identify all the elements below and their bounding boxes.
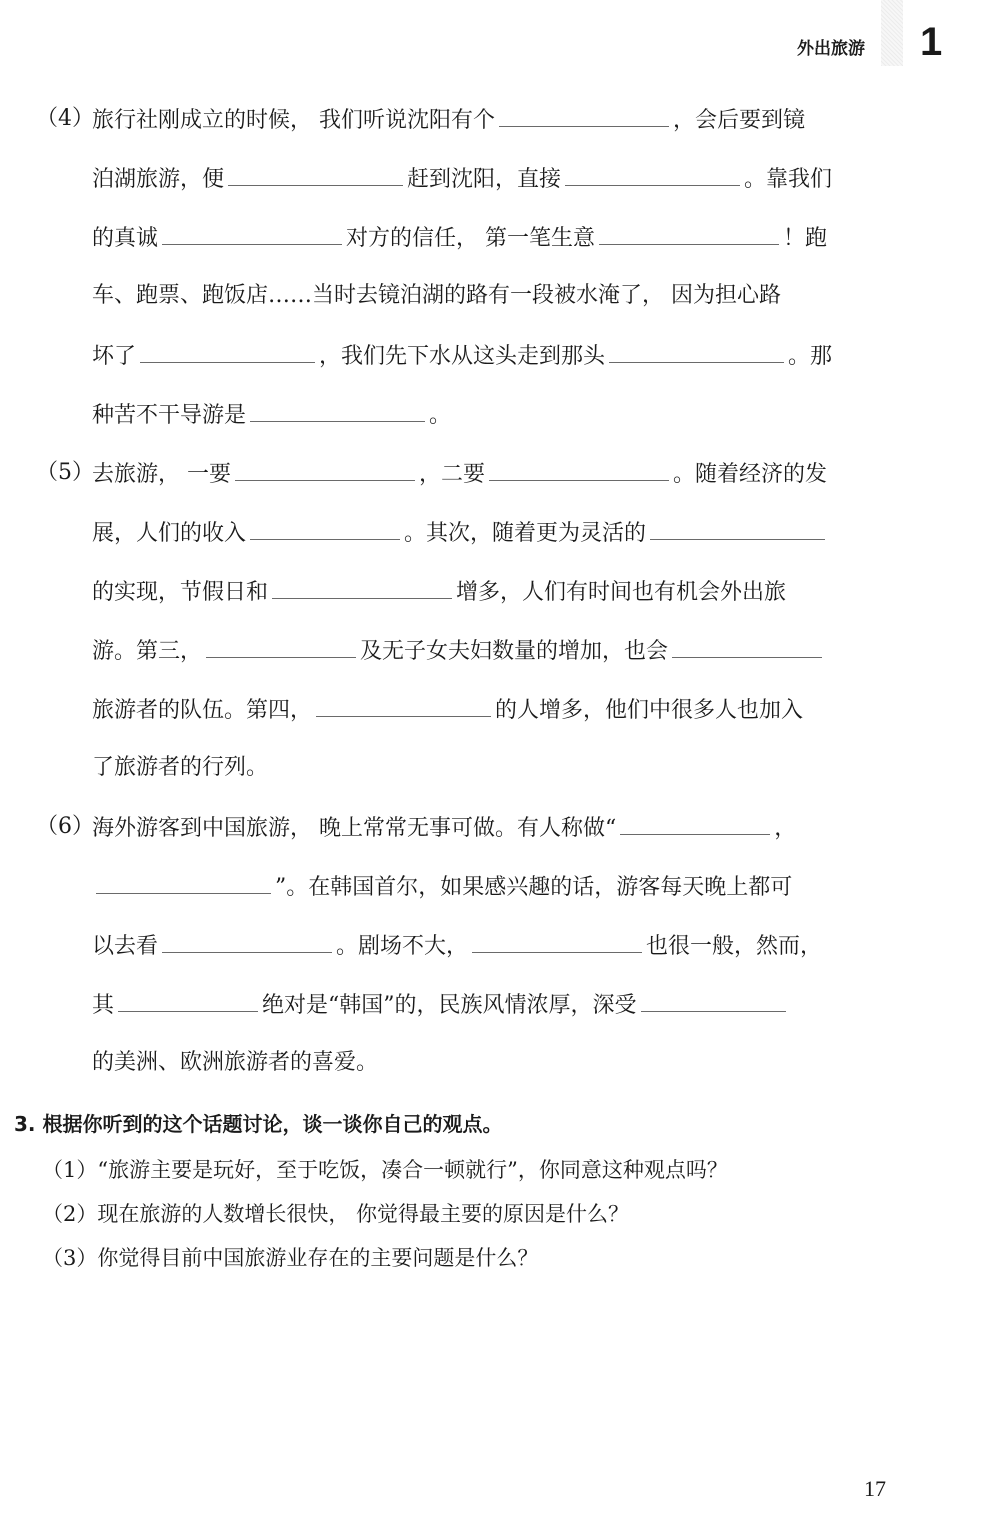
text-line: 其绝对是“韩国”的，民族风情浓厚，深受 [92, 989, 790, 1021]
text-segment: ，会后要到镜 [673, 108, 805, 133]
text-line: 的美洲、欧洲旅游者的喜爱。 [92, 1048, 378, 1078]
text-line: 的真诚对方的信任， 第一笔生意！跑 [92, 222, 827, 254]
text-segment: 展，人们的收入 [92, 521, 246, 546]
text-segment: 以去看 [92, 934, 158, 959]
text-line: 了旅游者的行列。 [92, 753, 268, 783]
text-segment: 。剧场不大， [336, 934, 468, 959]
header-shade-strip [881, 0, 903, 66]
answer-blank[interactable] [162, 930, 332, 953]
answer-blank[interactable] [140, 340, 315, 363]
text-segment: 的真诚 [92, 226, 158, 251]
exercise-3-title: 3. 根据你听到的这个话题讨论，谈一谈你自己的观点。 [14, 1109, 502, 1139]
answer-blank[interactable] [316, 694, 491, 717]
answer-blank[interactable] [235, 458, 415, 481]
answer-blank[interactable] [641, 989, 786, 1012]
answer-blank[interactable] [609, 340, 784, 363]
chapter-number: 1 [920, 22, 942, 62]
text-segment: ”。在韩国首尔，如果感兴趣的话，游客每天晚上都可 [275, 875, 792, 900]
text-segment: 赶到沈阳，直接 [407, 167, 561, 192]
question-1: （1）“旅游主要是玩好，至于吃饭，凑合一顿就行”，你同意这种观点吗？ [42, 1155, 728, 1185]
text-segment: 增多，人们有时间也有机会外出旅 [456, 580, 786, 605]
text-segment: 坏了 [92, 344, 136, 369]
text-segment: 海外游客到中国旅游， 晚上常常无事可做。有人称做“ [92, 816, 616, 841]
question-3: （3）你觉得目前中国旅游业存在的主要问题是什么？ [42, 1243, 538, 1273]
text-line: 坏了，我们先下水从这头走到那头。那 [92, 340, 832, 372]
item-label: （6） [36, 812, 94, 842]
answer-blank[interactable] [599, 222, 779, 245]
question-2: （2）现在旅游的人数增长很快， 你觉得最主要的原因是什么？ [42, 1199, 629, 1229]
text-line: 的实现，节假日和增多，人们有时间也有机会外出旅 [92, 576, 786, 608]
text-segment: 的美洲、欧洲旅游者的喜爱。 [92, 1050, 378, 1075]
text-segment: ， [774, 816, 796, 841]
text-segment: 的人增多，他们中很多人也加入 [495, 698, 803, 723]
text-line: 旅行社刚成立的时候， 我们听说沈阳有个，会后要到镜 [92, 104, 805, 136]
text-segment: 车、跑票、跑饭店……当时去镜泊湖的路有一段被水淹了， 因为担心路 [92, 283, 781, 308]
text-segment: 及无子女夫妇数量的增加，也会 [360, 639, 668, 664]
text-segment: 也很一般，然而， [646, 934, 822, 959]
text-line: 游。第三，及无子女夫妇数量的增加，也会 [92, 635, 826, 667]
text-segment: 的实现，节假日和 [92, 580, 268, 605]
text-line: 展，人们的收入。其次，随着更为灵活的 [92, 517, 829, 549]
text-line: 泊湖旅游，便赶到沈阳，直接。靠我们 [92, 163, 832, 195]
answer-blank[interactable] [228, 163, 403, 186]
text-segment: 泊湖旅游，便 [92, 167, 224, 192]
text-segment: 旅行社刚成立的时候， 我们听说沈阳有个 [92, 108, 495, 133]
answer-blank[interactable] [206, 635, 356, 658]
text-line: 去旅游， 一要，二要。随着经济的发 [92, 458, 827, 490]
text-segment: ，我们先下水从这头走到那头 [319, 344, 605, 369]
answer-blank[interactable] [250, 399, 425, 422]
answer-blank[interactable] [250, 517, 400, 540]
answer-blank[interactable] [672, 635, 822, 658]
answer-blank[interactable] [96, 871, 271, 894]
text-segment: 游。第三， [92, 639, 202, 664]
item-label: （5） [36, 458, 94, 488]
text-segment: 种苦不干导游是 [92, 403, 246, 428]
section-title: 外出旅游 [797, 34, 865, 59]
answer-blank[interactable] [620, 812, 770, 835]
answer-blank[interactable] [489, 458, 669, 481]
text-line: 种苦不干导游是。 [92, 399, 451, 431]
item-label: （4） [36, 104, 94, 134]
text-segment: ，二要 [419, 462, 485, 487]
text-segment: 去旅游， 一要 [92, 462, 231, 487]
text-segment: 。那 [788, 344, 832, 369]
text-line: ”。在韩国首尔，如果感兴趣的话，游客每天晚上都可 [92, 871, 792, 903]
text-segment: 。其次，随着更为灵活的 [404, 521, 646, 546]
text-segment: 其 [92, 993, 114, 1018]
answer-blank[interactable] [118, 989, 258, 1012]
text-segment: ！跑 [783, 226, 827, 251]
text-segment: 。靠我们 [744, 167, 832, 192]
answer-blank[interactable] [499, 104, 669, 127]
text-line: 车、跑票、跑饭店……当时去镜泊湖的路有一段被水淹了， 因为担心路 [92, 281, 781, 311]
answer-blank[interactable] [472, 930, 642, 953]
text-segment: 。 [429, 403, 451, 428]
text-segment: 了旅游者的行列。 [92, 755, 268, 780]
text-segment: 。随着经济的发 [673, 462, 827, 487]
text-segment: 对方的信任， 第一笔生意 [346, 226, 595, 251]
text-line: 旅游者的队伍。第四，的人增多，他们中很多人也加入 [92, 694, 803, 726]
answer-blank[interactable] [162, 222, 342, 245]
page-number: 17 [864, 1476, 886, 1502]
text-line: 以去看。剧场不大，也很一般，然而， [92, 930, 822, 962]
answer-blank[interactable] [272, 576, 452, 599]
text-segment: 旅游者的队伍。第四， [92, 698, 312, 723]
text-line: 海外游客到中国旅游， 晚上常常无事可做。有人称做“， [92, 812, 796, 844]
answer-blank[interactable] [650, 517, 825, 540]
answer-blank[interactable] [565, 163, 740, 186]
text-segment: 绝对是“韩国”的，民族风情浓厚，深受 [262, 993, 637, 1018]
